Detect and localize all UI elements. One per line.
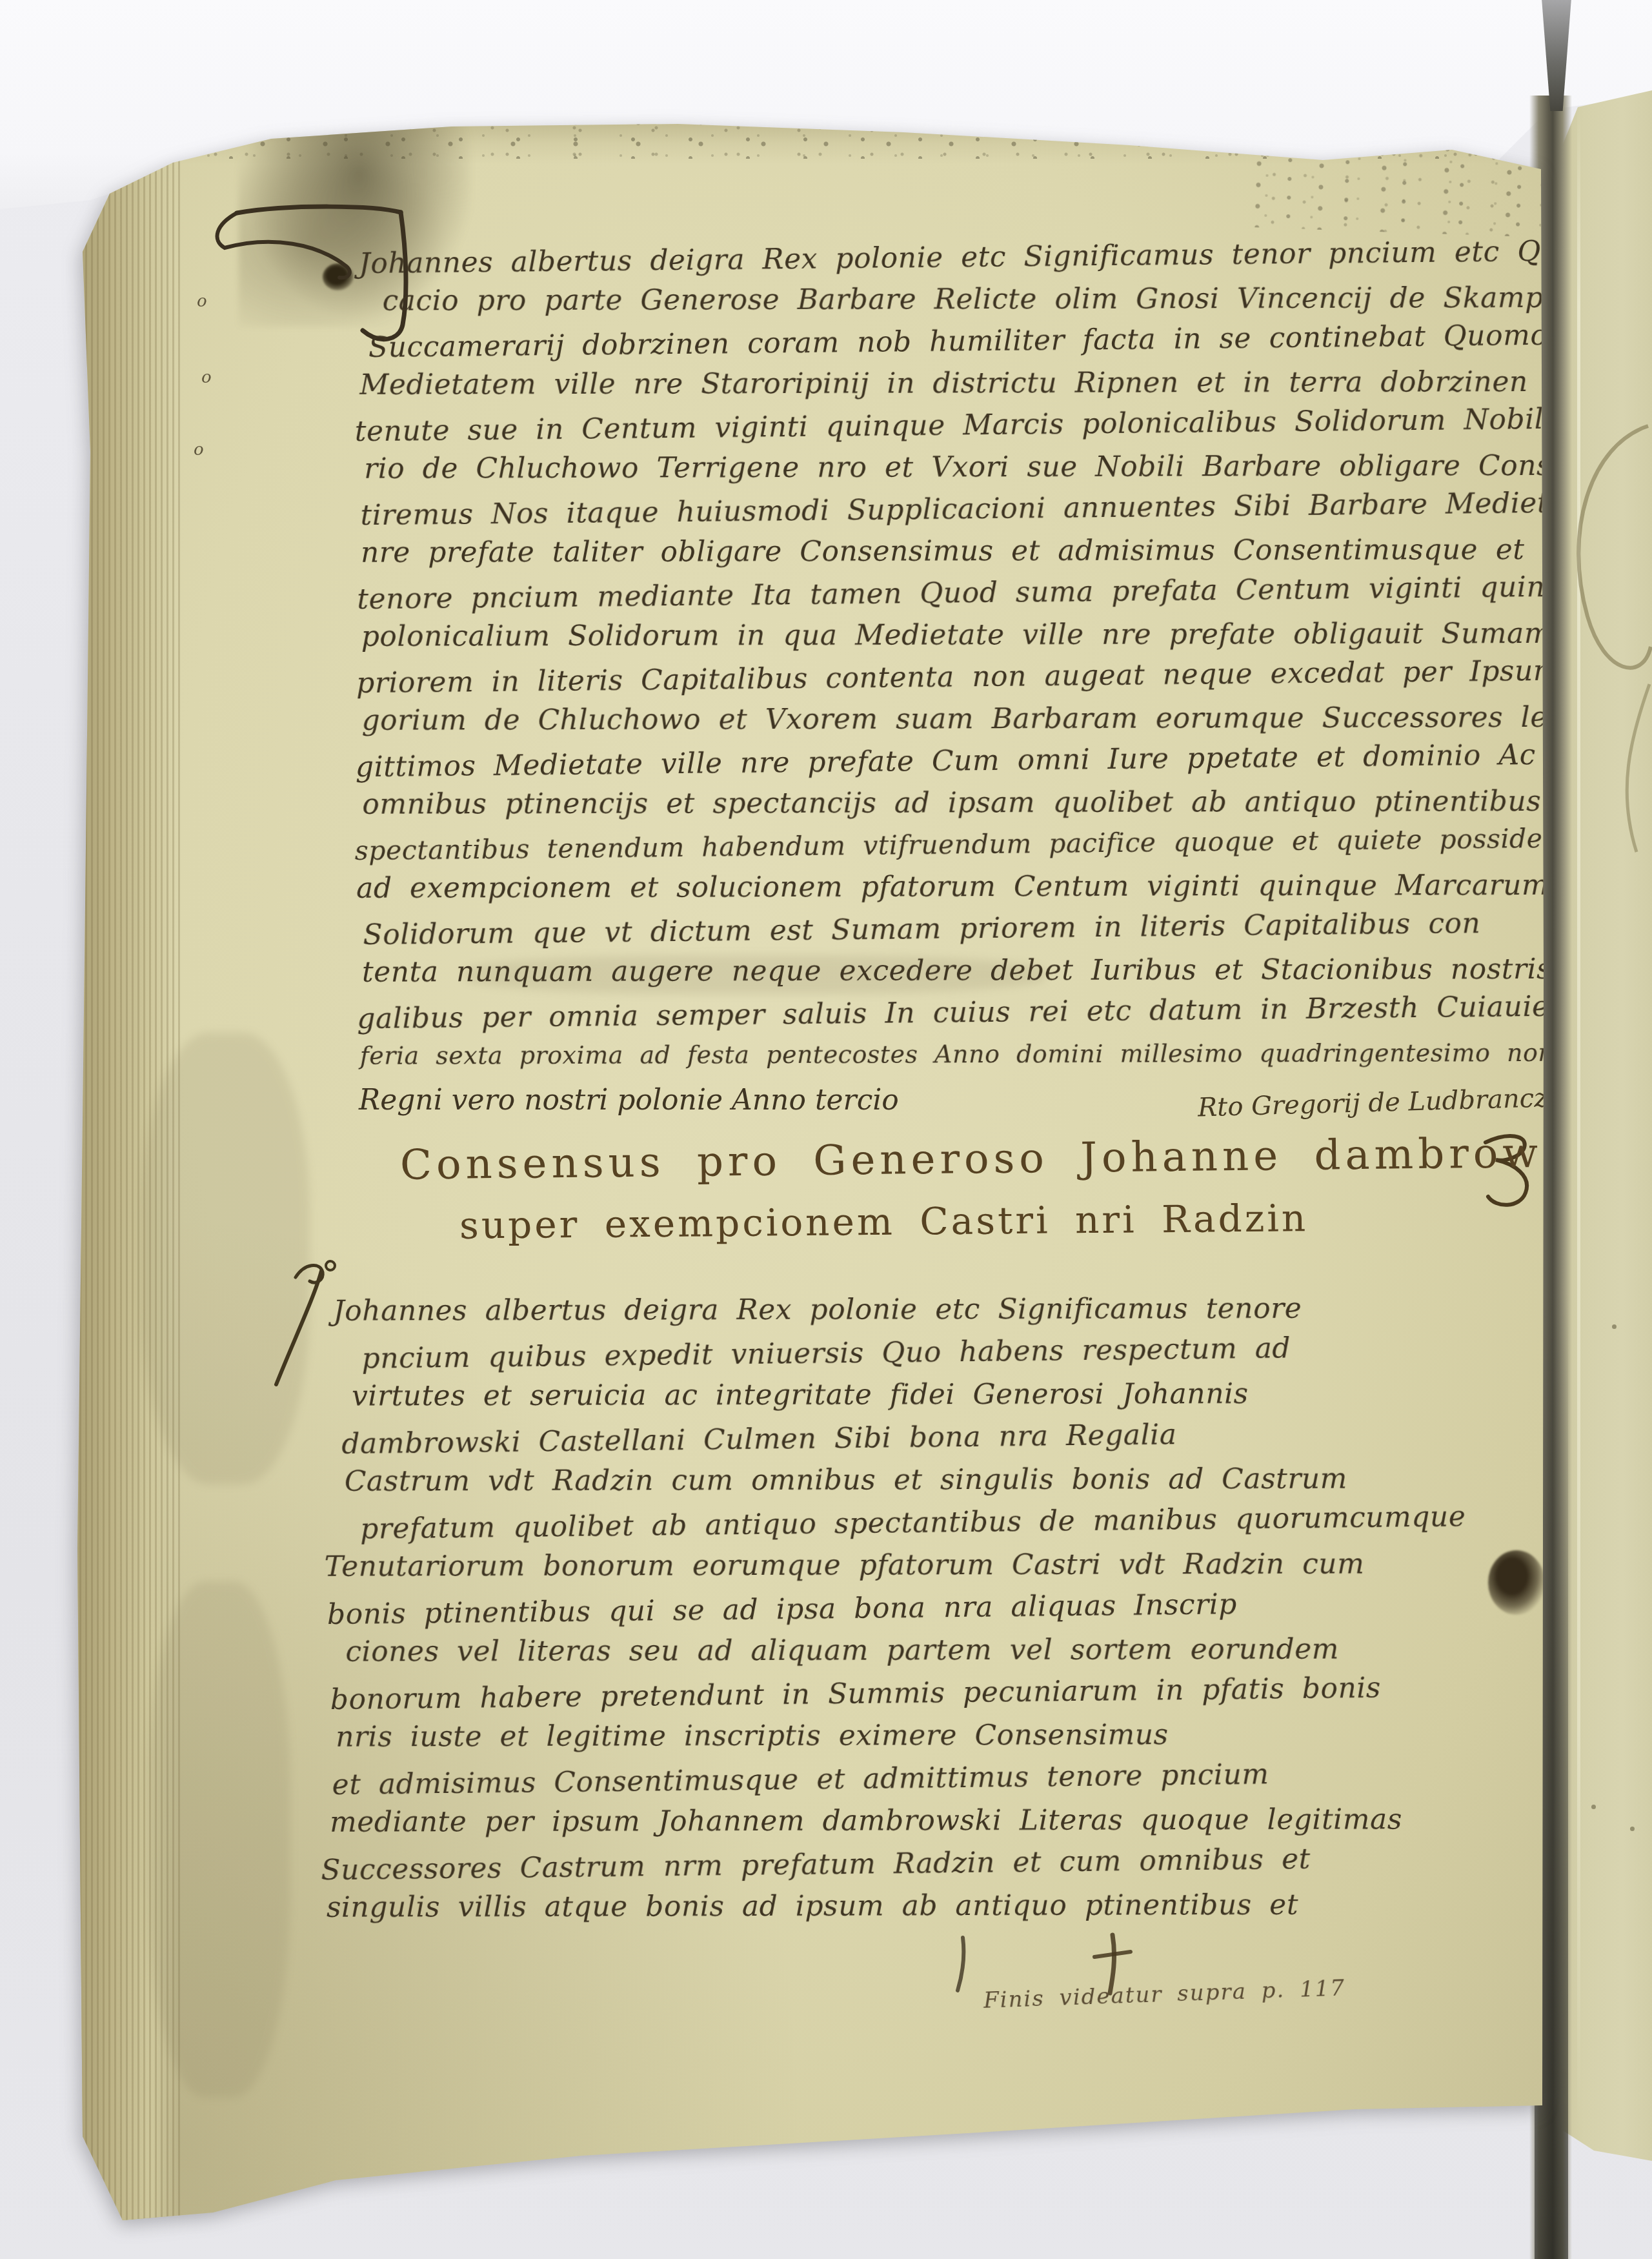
text-line: Solidorum que vt dictum est Sumam priore…	[363, 902, 1564, 956]
text-line: Medietatem ville nre Staroripinij in dis…	[359, 361, 1560, 406]
paragraph-2: Johannes albertus deigra Rex polonie etc…	[333, 1284, 1563, 1931]
text-line: ad exempcionem et solucionem pfatorum Ce…	[356, 864, 1563, 909]
text-line: priorem in literis Capitalibus contenta …	[356, 650, 1562, 705]
margin-mark: o	[201, 368, 217, 387]
manuscript-page: o o o Johannes albertus deigra Rex polon…	[65, 97, 1549, 2227]
dating-clause: Regni vero nostri polonie Anno tercio	[359, 1084, 899, 1117]
margin-mark: o	[194, 440, 209, 460]
text-line: nre prefate taliter obligare Consensimus…	[361, 529, 1561, 574]
text-line: omnibus ptinencijs et spectancijs ad ips…	[362, 780, 1562, 826]
text-line: tenore pncium mediante Ita tamen Quod su…	[357, 566, 1562, 621]
text-line: rio de Chluchowo Terrigene nro et Vxori …	[364, 445, 1560, 490]
page-wrap: o o o Johannes albertus deigra Rex polon…	[0, 0, 1652, 2259]
bleedthrough-smudge	[148, 1581, 290, 2098]
text-line: cacio pro parte Generose Barbare Relicte…	[382, 277, 1559, 322]
text-line: tenute sue in Centum viginti quinque Mar…	[354, 398, 1560, 453]
relation-signature: Rto Gregorij de Ludbrancz	[1197, 1083, 1547, 1122]
text-line: singulis villis atque bonis ad ipsum ab …	[327, 1883, 1563, 1929]
entry-heading: Consensus pro Generoso Johanne dambrowsk…	[400, 1127, 1587, 1250]
text-line: galibus per omnia semper saluis In cuius…	[357, 986, 1564, 1040]
text-line: Succamerarij dobrzinen coram nob humilit…	[368, 314, 1560, 369]
text-line: spectantibus tenendum habendum vtifruend…	[354, 818, 1563, 873]
text-line: tiremus Nos itaque huiusmodi Supplicacio…	[360, 482, 1561, 536]
paragraph-1-last-line: Regni vero nostri polonie Anno tercio Rt…	[359, 1078, 1559, 1123]
text-line: gorium de Chluchowo et Vxorem suam Barba…	[361, 696, 1562, 742]
text-line: gittimos Medietate ville nre prefate Cum…	[356, 734, 1563, 789]
text-line: Johannes albertus deigra Rex polonie etc…	[359, 230, 1560, 285]
manuscript-scan: { "document": { "kind": "handwritten Lat…	[0, 0, 1652, 2259]
text-line: polonicalium Solidorum in qua Medietate …	[361, 613, 1562, 658]
entry-heading-line-2: super exempcionem Castri nri Radzin	[459, 1186, 1588, 1254]
top-right-mold-speckles	[1251, 137, 1544, 238]
text-line: tenta nunquam augere neque excedere debe…	[362, 948, 1564, 993]
text-line: feria sexta proxima ad festa pentecostes…	[360, 1032, 1564, 1077]
paragraph2-margin-sign	[258, 1255, 342, 1391]
paragraph-1: Johannes albertus deigra Rex polonie etc…	[359, 233, 1564, 1079]
entry-heading-line-1: Consensus pro Generoso Johanne dambrowsk…	[400, 1120, 1588, 1197]
